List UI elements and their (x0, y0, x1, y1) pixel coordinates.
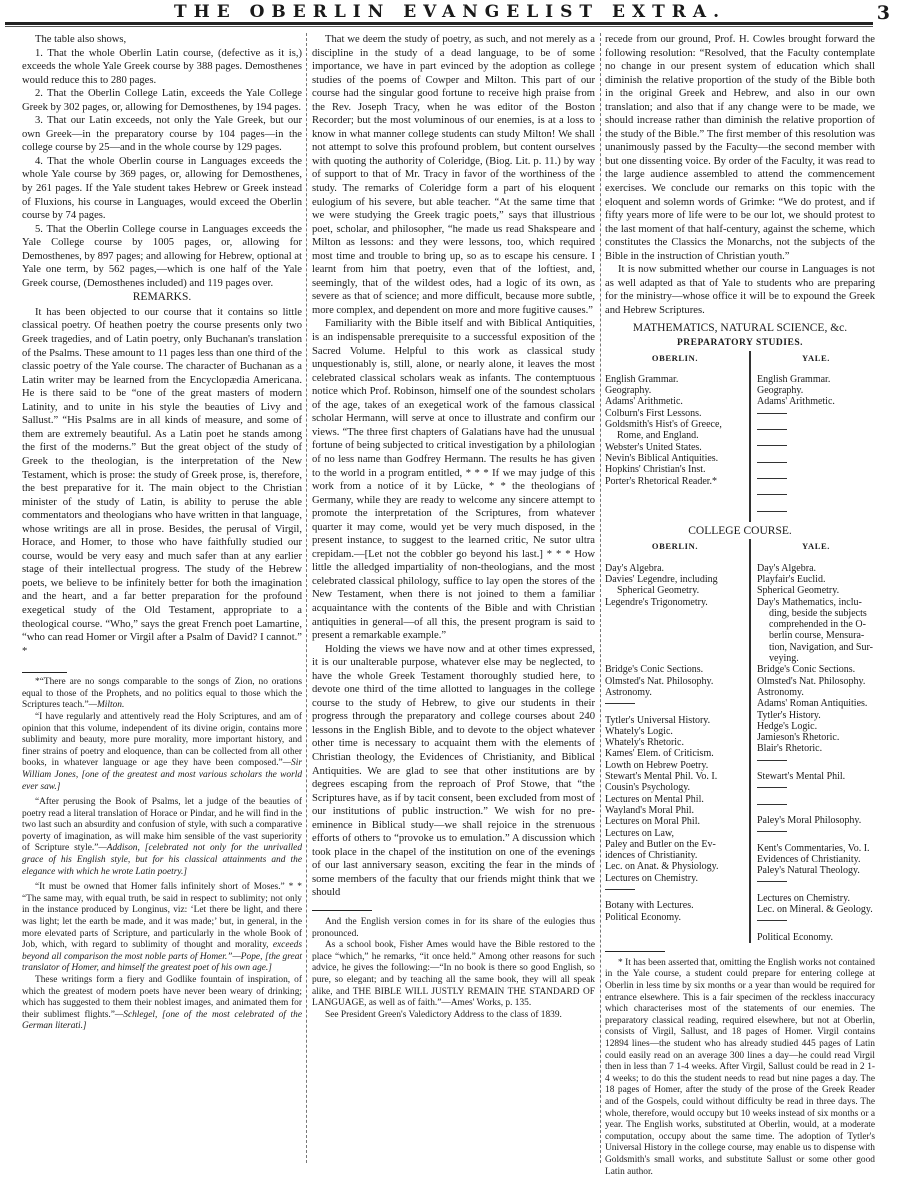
blank-dash-cell (757, 881, 875, 892)
table-cell: Spherical Geometry. (757, 585, 875, 596)
remarks-paragraph: It has been objected to our course that … (22, 306, 302, 658)
bible-familiarity-paragraph: Familiarity with the Bible itself and wi… (312, 317, 595, 642)
masthead-rule-thin (5, 26, 873, 27)
footnote-rule (312, 910, 372, 911)
column-3: recede from our ground, Prof. H. Cowles … (605, 33, 875, 1178)
table-cell: Tytler's History. (757, 710, 875, 721)
newspaper-page: THE OBERLIN EVANGELIST EXTRA. 3 The tabl… (0, 0, 900, 1192)
newspaper-title: THE OBERLIN EVANGELIST EXTRA. (0, 2, 900, 22)
blank-dash-cell (757, 787, 875, 798)
blank-dash-cell (757, 511, 875, 522)
blank-dash-cell (757, 413, 875, 424)
blank-dash-cell (757, 831, 875, 842)
blank-dash-cell (757, 760, 875, 771)
table-cell: Lectures on Chemistry. (757, 893, 875, 904)
table-cell: Whately's Logic. (605, 726, 745, 737)
column-divider (600, 33, 601, 1163)
table-cell: Legendre's Trigonometry. (605, 597, 745, 608)
point-1: 1. That the whole Oberlin Latin course, … (22, 47, 302, 88)
table-cell: Paley's Moral Philosophy. (757, 815, 875, 826)
table-cell: Stewart's Mental Phil. (757, 771, 875, 782)
footnotes-column-2: And the English version comes in for its… (312, 917, 595, 1021)
poetry-paragraph: That we deem the study of poetry, as suc… (312, 33, 595, 317)
footnote-rule (605, 951, 665, 952)
table-cell: Adams' Roman Antiquities. (757, 698, 875, 709)
yale-college-column: YALE. Day's Algebra. Playfair's Euclid. … (751, 539, 875, 943)
column-2: That we deem the study of poetry, as suc… (312, 33, 595, 1021)
blank-dash-cell (757, 429, 875, 440)
table-cell: Kames' Elem. of Criticism. (605, 748, 745, 759)
column-1: The table also shows, 1. That the whole … (22, 33, 302, 1033)
table-cell: tion, Navigation, and Sur- (757, 642, 875, 653)
views-paragraph: Holding the views we have now and at oth… (312, 643, 595, 900)
college-course-table: OBERLIN. Day's Algebra. Davies' Legendre… (605, 539, 875, 943)
blank-dash-cell (605, 703, 745, 714)
resolution-paragraph: recede from our ground, Prof. H. Cowles … (605, 33, 875, 263)
table-cell: English Grammar. (605, 374, 745, 385)
table-cell: Wayland's Moral Phil. (605, 805, 745, 816)
footnote-jones: “I have regularly and attentively read t… (22, 712, 302, 793)
table-cell: Botany with Lectures. (605, 900, 745, 911)
table-cell: Adams' Arithmetic. (605, 396, 745, 407)
oberlin-header: OBERLIN. (605, 353, 745, 364)
submission-paragraph: It is now submitted whether our course i… (605, 263, 875, 317)
oberlin-college-column: OBERLIN. Day's Algebra. Davies' Legendre… (605, 539, 751, 943)
table-cell: Lectures on Mental Phil. (605, 794, 745, 805)
table-cell: Evidences of Christianity. (757, 854, 875, 865)
table-cell: Lectures on Law, (605, 828, 745, 839)
table-cell: Political Economy. (757, 932, 875, 943)
table-cell: Whately's Rhetoric. (605, 737, 745, 748)
footnote-pope: “It must be owned that Homer falls infin… (22, 882, 302, 975)
table-cell: Lec. on Mineral. & Geology. (757, 904, 875, 915)
table-cell: Blair's Rhetoric. (757, 743, 875, 754)
yale-preparatory-column: YALE. English Grammar. Geography. Adams'… (751, 351, 875, 522)
footnotes-column-3: * It has been asserted that, omitting th… (605, 958, 875, 1178)
table-cell: Webster's United States. (605, 442, 745, 453)
math-section-heading: MATHEMATICS, NATURAL SCIENCE, &c. (605, 322, 875, 336)
table-cell: Day's Algebra. (605, 563, 745, 574)
yale-header: YALE. (757, 541, 875, 552)
table-cell: ding, beside the subjects (757, 608, 875, 619)
table-cell: Porter's Rhetorical Reader.* (605, 476, 745, 487)
table-cell: Jamieson's Rhetoric. (757, 732, 875, 743)
oberlin-preparatory-column: OBERLIN. English Grammar. Geography. Ada… (605, 351, 751, 522)
footnote-schlegel: These writings form a fiery and Godlike … (22, 975, 302, 1033)
table-cell: idences of Christianity. (605, 850, 745, 861)
table-cell: Day's Algebra. (757, 563, 875, 574)
blank-dash-cell (757, 804, 875, 815)
table-cell: Lectures on Moral Phil. (605, 816, 745, 827)
table-cell: Hopkins' Christian's Inst. (605, 464, 745, 475)
blank-dash-cell (757, 445, 875, 456)
table-cell: Lec. on Anat. & Physiology. (605, 861, 745, 872)
intro-text: The table also shows, (22, 33, 302, 47)
preparatory-heading: PREPARATORY STUDIES. (605, 337, 875, 351)
footnotes-column-1: *“There are no songs comparable to the s… (22, 677, 302, 1033)
footnote-rule (22, 672, 67, 673)
table-cell: Political Economy. (605, 912, 745, 923)
table-cell: Geography. (757, 385, 875, 396)
footnote-president-green: See President Green's Valedictory Addres… (312, 1010, 595, 1022)
table-cell: veying. (757, 653, 875, 664)
point-5: 5. That the Oberlin College course in La… (22, 223, 302, 291)
blank-dash-cell (757, 462, 875, 473)
footnote-fisher-ames: As a school book, Fisher Ames would have… (312, 940, 595, 1010)
table-cell: Goldsmith's Hist's of Greece, (605, 419, 745, 430)
blank-dash-cell (757, 494, 875, 505)
footnote-preparation-time: * It has been asserted that, omitting th… (605, 958, 875, 1178)
table-cell: Olmsted's Nat. Philosophy. (757, 676, 875, 687)
remarks-heading: REMARKS. (22, 291, 302, 305)
page-number: 3 (877, 2, 890, 24)
blank-dash-cell (605, 889, 745, 900)
table-cell: Spherical Geometry. (605, 585, 745, 596)
table-cell: English Grammar. (757, 374, 875, 385)
footnote-addison: “After perusing the Book of Psalms, let … (22, 797, 302, 878)
blank-dash-cell (757, 478, 875, 489)
table-cell: Davies' Legendre, including (605, 574, 745, 585)
table-cell: Astronomy. (757, 687, 875, 698)
column-divider (306, 33, 307, 1163)
table-cell: Stewart's Mental Phil. Vo. I. (605, 771, 745, 782)
college-course-heading: COLLEGE COURSE. (605, 525, 875, 539)
table-cell: Bridge's Conic Sections. (757, 664, 875, 675)
footnote-english-version: And the English version comes in for its… (312, 917, 595, 940)
table-cell: Paley's Natural Theology. (757, 865, 875, 876)
table-cell: berlin course, Mensura- (757, 630, 875, 641)
table-cell: Bridge's Conic Sections. (605, 664, 745, 675)
masthead-rule (5, 22, 873, 25)
table-cell: comprehended in the O- (757, 619, 875, 630)
table-cell: Kent's Commentaries, Vo. I. (757, 843, 875, 854)
table-cell: Astronomy. (605, 687, 745, 698)
table-cell: Nevin's Biblical Antiquities. (605, 453, 745, 464)
table-cell: Hedge's Logic. (757, 721, 875, 732)
yale-header: YALE. (757, 353, 875, 364)
table-cell: Lectures on Chemistry. (605, 873, 745, 884)
table-cell: Olmsted's Nat. Philosophy. (605, 676, 745, 687)
table-cell: Day's Mathematics, inclu- (757, 597, 875, 608)
table-cell: Paley and Butler on the Ev- (605, 839, 745, 850)
blank-dash-cell (757, 920, 875, 931)
table-cell: Tytler's Universal History. (605, 715, 745, 726)
point-4: 4. That the whole Oberlin course in Lang… (22, 155, 302, 223)
table-cell: Playfair's Euclid. (757, 574, 875, 585)
table-cell: Lowth on Hebrew Poetry. (605, 760, 745, 771)
table-cell: Geography. (605, 385, 745, 396)
footnote-milton: *“There are no songs comparable to the s… (22, 677, 302, 712)
point-2: 2. That the Oberlin College Latin, excee… (22, 87, 302, 114)
point-3: 3. That our Latin exceeds, not only the … (22, 114, 302, 155)
oberlin-header: OBERLIN. (605, 541, 745, 552)
table-cell: Cousin's Psychology. (605, 782, 745, 793)
table-cell: Rome, and England. (605, 430, 745, 441)
table-cell: Colburn's First Lessons. (605, 408, 745, 419)
preparatory-studies-table: OBERLIN. English Grammar. Geography. Ada… (605, 351, 875, 522)
table-cell: Adams' Arithmetic. (757, 396, 875, 407)
